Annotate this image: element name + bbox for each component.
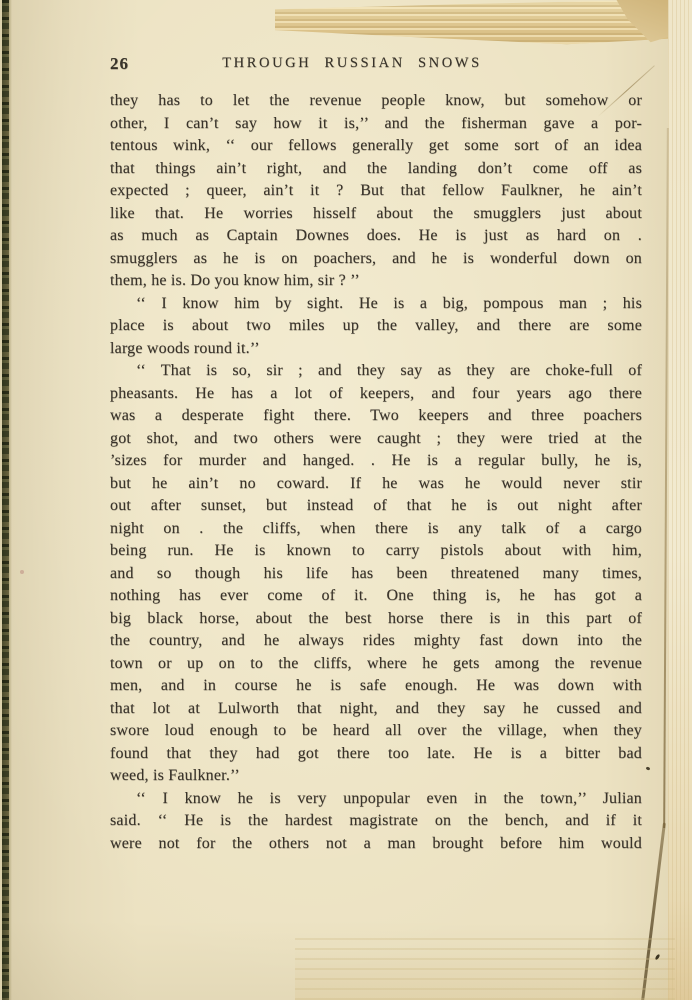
fore-edge-pages [668,0,692,1000]
text-line: got shot, and two others were caught ; t… [110,428,642,451]
text-line: were not for the others not a man brough… [110,833,642,856]
text-line: out after sunset, but instead of that he… [110,495,642,518]
body-text: they has to let the revenue people know,… [110,90,642,855]
text-line: but he ain’t no coward. If he was he wou… [110,473,642,496]
text-line: ’sizes for murder and hanged. . He is a … [110,450,642,473]
text-line: found that they had got there too late. … [110,743,642,766]
text-line: the country, and he always rides mighty … [110,630,642,653]
text-line: as much as Captain Downes does. He is ju… [110,225,642,248]
text-line: that lot at Lulworth that night, and the… [110,698,642,721]
text-line: that things ain’t right, and the landing… [110,158,642,181]
text-line: said. ‘‘ He is the hardest magistrate on… [110,810,642,833]
text-line: was a desperate fight there. Two keepers… [110,405,642,428]
paper-blemish [20,570,24,574]
binding-edge-highlight [9,0,12,1000]
text-line: weed, is Faulkner.’’ [110,765,642,788]
running-title: THROUGH RUSSIAN SNOWS [222,55,482,72]
text-line: town or up on to the cliffs, where he ge… [110,653,642,676]
text-line: big black horse, about the best horse th… [110,608,642,631]
text-line: expected ; queer, ain’t it ? But that fe… [110,180,642,203]
text-line: tentous wink, ‘‘ our fellows generally g… [110,135,642,158]
ink-speck [646,766,651,770]
text-line: and so though his life has been threaten… [110,563,642,586]
page-number: 26 [110,54,129,74]
text-line: ‘‘ That is so, sir ; and they say as the… [110,360,642,383]
text-line: like that. He worries hisself about the … [110,203,642,226]
text-line: swore loud enough to be heard all over t… [110,720,642,743]
text-line: pheasants. He has a lot of keepers, and … [110,383,642,406]
text-line: men, and in course he is safe enough. He… [110,675,642,698]
text-line: ‘‘ I know he is very unpopular even in t… [110,788,642,811]
text-line: place is about two miles up the valley, … [110,315,642,338]
text-line: them, he is. Do you know him, sir ? ’’ [110,270,642,293]
text-line: ‘‘ I know him by sight. He is a big, pom… [110,293,642,316]
text-line: large woods round it.’’ [110,338,642,361]
text-line: they has to let the revenue people know,… [110,90,642,113]
book-page-scan: 26 THROUGH RUSSIAN SNOWS they has to let… [0,0,692,1000]
text-line: nothing has ever come of it. One thing i… [110,585,642,608]
running-head: 26 THROUGH RUSSIAN SNOWS [110,54,640,76]
text-line: being run. He is known to carry pistols … [110,540,642,563]
text-line: other, I can’t say how it is,’’ and the … [110,113,642,136]
binding-edge [2,0,9,1000]
text-line: smugglers as he is on poachers, and he i… [110,248,642,271]
text-line: night on . the cliffs, when there is any… [110,518,642,541]
underlying-pages-bottom-edge [295,938,675,1000]
